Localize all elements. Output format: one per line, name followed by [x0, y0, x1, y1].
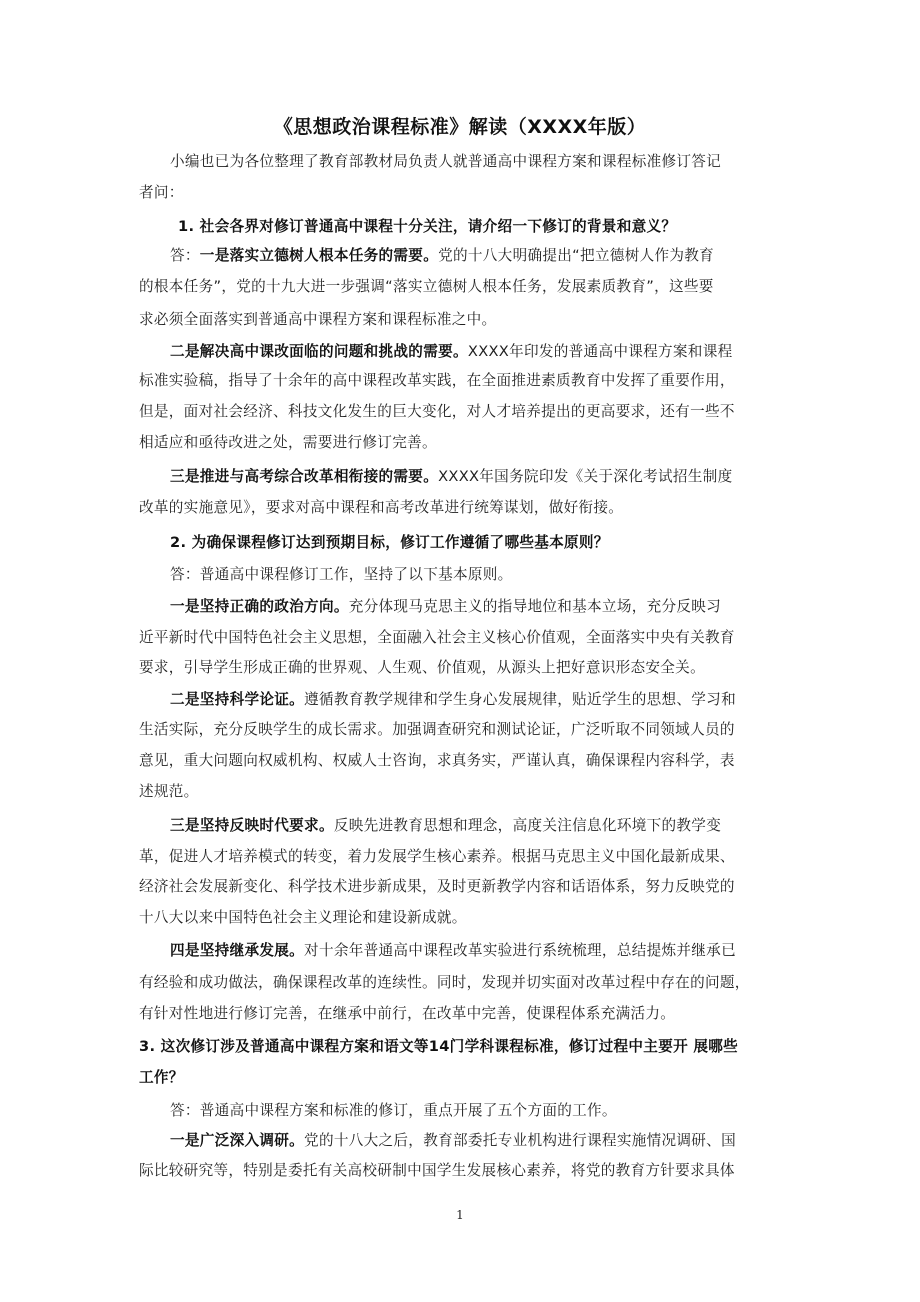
paragraph-line: 十八大以来中国特色社会主义理论和建设新成就。: [139, 907, 784, 929]
paragraph-text: 反映先进教育思想和理念，高度关注信息化环境下的教学变: [334, 817, 721, 834]
point-heading: 三是推进与高考综合改革相衔接的需要。: [170, 468, 438, 485]
answer-1-paragraph-2: 二是解决高中课改面临的问题和挑战的需要。XXXX年印发的普通高中课程方案和课程: [170, 341, 784, 363]
paragraph-line: 改革的实施意见》，要求对高中课程和高考改革进行统筹谋划，做好衔接。: [139, 497, 784, 519]
point-heading: 二是解决高中课改面临的问题和挑战的需要。: [170, 343, 468, 360]
work-item-1: 一是广泛深入调研。党的十八大之后，教育部委托专业机构进行课程实施情况调研、国: [170, 1130, 784, 1152]
document-page: 《思想政治课程标准》解读（XXXX年版） 小编也已为各位整理了教育部教材局负责人…: [0, 0, 920, 1302]
question-3: 3. 这次修订涉及普通高中课程方案和语文等14门学科课程标准，修订过程中主要开 …: [139, 1036, 809, 1058]
point-heading: 一是落实立德树人根本任务的需要。: [200, 247, 438, 264]
paragraph-line: 生活实际，充分反映学生的成长需求。加强调查研究和测试论证，广泛听取不同领域人员的: [139, 719, 784, 741]
paragraph-text: 党的十八大明确提出“把立德树人作为教育: [438, 247, 714, 264]
question-2: 2. 为确保课程修订达到预期目标，修订工作遵循了哪些基本原则？: [170, 532, 784, 554]
paragraph-line: 的根本任务”，党的十九大进一步强调“落实立德树人根本任务，发展素质教育”，这些要: [139, 276, 784, 298]
answer-1-paragraph-3: 三是推进与高考综合改革相衔接的需要。XXXX年国务院印发《关于深化考试招生制度: [170, 466, 784, 488]
intro-line: 小编也已为各位整理了教育部教材局负责人就普通高中课程方案和课程标准修订答记: [170, 151, 784, 173]
answer-label: 答：: [170, 247, 200, 264]
intro-line: 者问：: [139, 182, 784, 204]
point-heading: 三是坚持反映时代要求。: [170, 817, 334, 834]
document-title: 《思想政治课程标准》解读（XXXX年版）: [0, 112, 920, 139]
paragraph-line: 际比较研究等，特别是委托有关高校研制中国学生发展核心素养，将党的教育方针要求具体: [139, 1160, 784, 1182]
paragraph-text: 党的十八大之后，教育部委托专业机构进行课程实施情况调研、国: [304, 1132, 736, 1149]
principle-3: 三是坚持反映时代要求。反映先进教育思想和理念，高度关注信息化环境下的教学变: [170, 815, 784, 837]
paragraph-line: 要求，引导学生形成正确的世界观、人生观、价值观，从源头上把好意识形态安全关。: [139, 657, 784, 679]
paragraph-line: 经济社会发展新变化、科学技术进步新成果，及时更新教学内容和话语体系，努力反映党的: [139, 876, 784, 898]
principle-2: 二是坚持科学论证。遵循教育教学规律和学生身心发展规律，贴近学生的思想、学习和: [170, 689, 784, 711]
paragraph-line: 有经验和成功做法，确保课程改革的连续性。同时，发现并切实面对改革过程中存在的问题…: [139, 972, 784, 994]
answer-1-paragraph-1: 答：一是落实立德树人根本任务的需要。党的十八大明确提出“把立德树人作为教育: [170, 245, 784, 267]
page-number: 1: [0, 1208, 920, 1222]
principle-4: 四是坚持继承发展。对十余年普通高中课程改革实验进行系统梳理，总结提炼并继承已: [170, 940, 784, 962]
paragraph-line: 标准实验稿，指导了十余年的高中课程改革实践，在全面推进素质教育中发挥了重要作用，: [139, 370, 784, 392]
point-heading: 四是坚持继承发展。: [170, 942, 304, 959]
answer-2-intro: 答：普通高中课程修订工作，坚持了以下基本原则。: [170, 564, 784, 586]
paragraph-line: 求必须全面落实到普通高中课程方案和课程标准之中。: [139, 309, 784, 331]
point-heading: 一是坚持正确的政治方向。: [170, 598, 349, 615]
point-heading: 二是坚持科学论证。: [170, 691, 304, 708]
paragraph-line: 述规范。: [139, 781, 784, 803]
paragraph-line: 近平新时代中国特色社会主义思想，全面融入社会主义核心价值观，全面落实中央有关教育: [139, 627, 784, 649]
paragraph-text: 遵循教育教学规律和学生身心发展规律，贴近学生的思想、学习和: [304, 691, 736, 708]
paragraph-line: 相适应和亟待改进之处，需要进行修订完善。: [139, 432, 784, 454]
paragraph-line: 意见，重大问题向权威机构、权威人士咨询，求真务实，严谨认真，确保课程内容科学，表: [139, 750, 784, 772]
paragraph-text: XXXX年印发的普通高中课程方案和课程: [468, 343, 733, 360]
paragraph-line: 但是，面对社会经济、科技文化发生的巨大变化，对人才培养提出的更高要求，还有一些不: [139, 401, 784, 423]
paragraph-line: 有针对性地进行修订完善，在继承中前行，在改革中完善，使课程体系充满活力。: [139, 1003, 784, 1025]
paragraph-text: 对十余年普通高中课程改革实验进行系统梳理，总结提炼并继承已: [304, 942, 736, 959]
principle-1: 一是坚持正确的政治方向。充分体现马克思主义的指导地位和基本立场，充分反映习: [170, 596, 784, 618]
paragraph-text: XXXX年国务院印发《关于深化考试招生制度: [438, 468, 732, 485]
paragraph-line: 革，促进人才培养模式的转变，着力发展学生核心素养。根据马克思主义中国化最新成果、: [139, 846, 784, 868]
answer-3-intro: 答：普通高中课程方案和标准的修订，重点开展了五个方面的工作。: [170, 1100, 784, 1122]
question-3-continued: 工作？: [139, 1067, 784, 1089]
paragraph-text: 充分体现马克思主义的指导地位和基本立场，充分反映习: [349, 598, 721, 615]
question-1: 1. 社会各界对修订普通高中课程十分关注，请介绍一下修订的背景和意义？: [178, 216, 823, 238]
point-heading: 一是广泛深入调研。: [170, 1132, 304, 1149]
